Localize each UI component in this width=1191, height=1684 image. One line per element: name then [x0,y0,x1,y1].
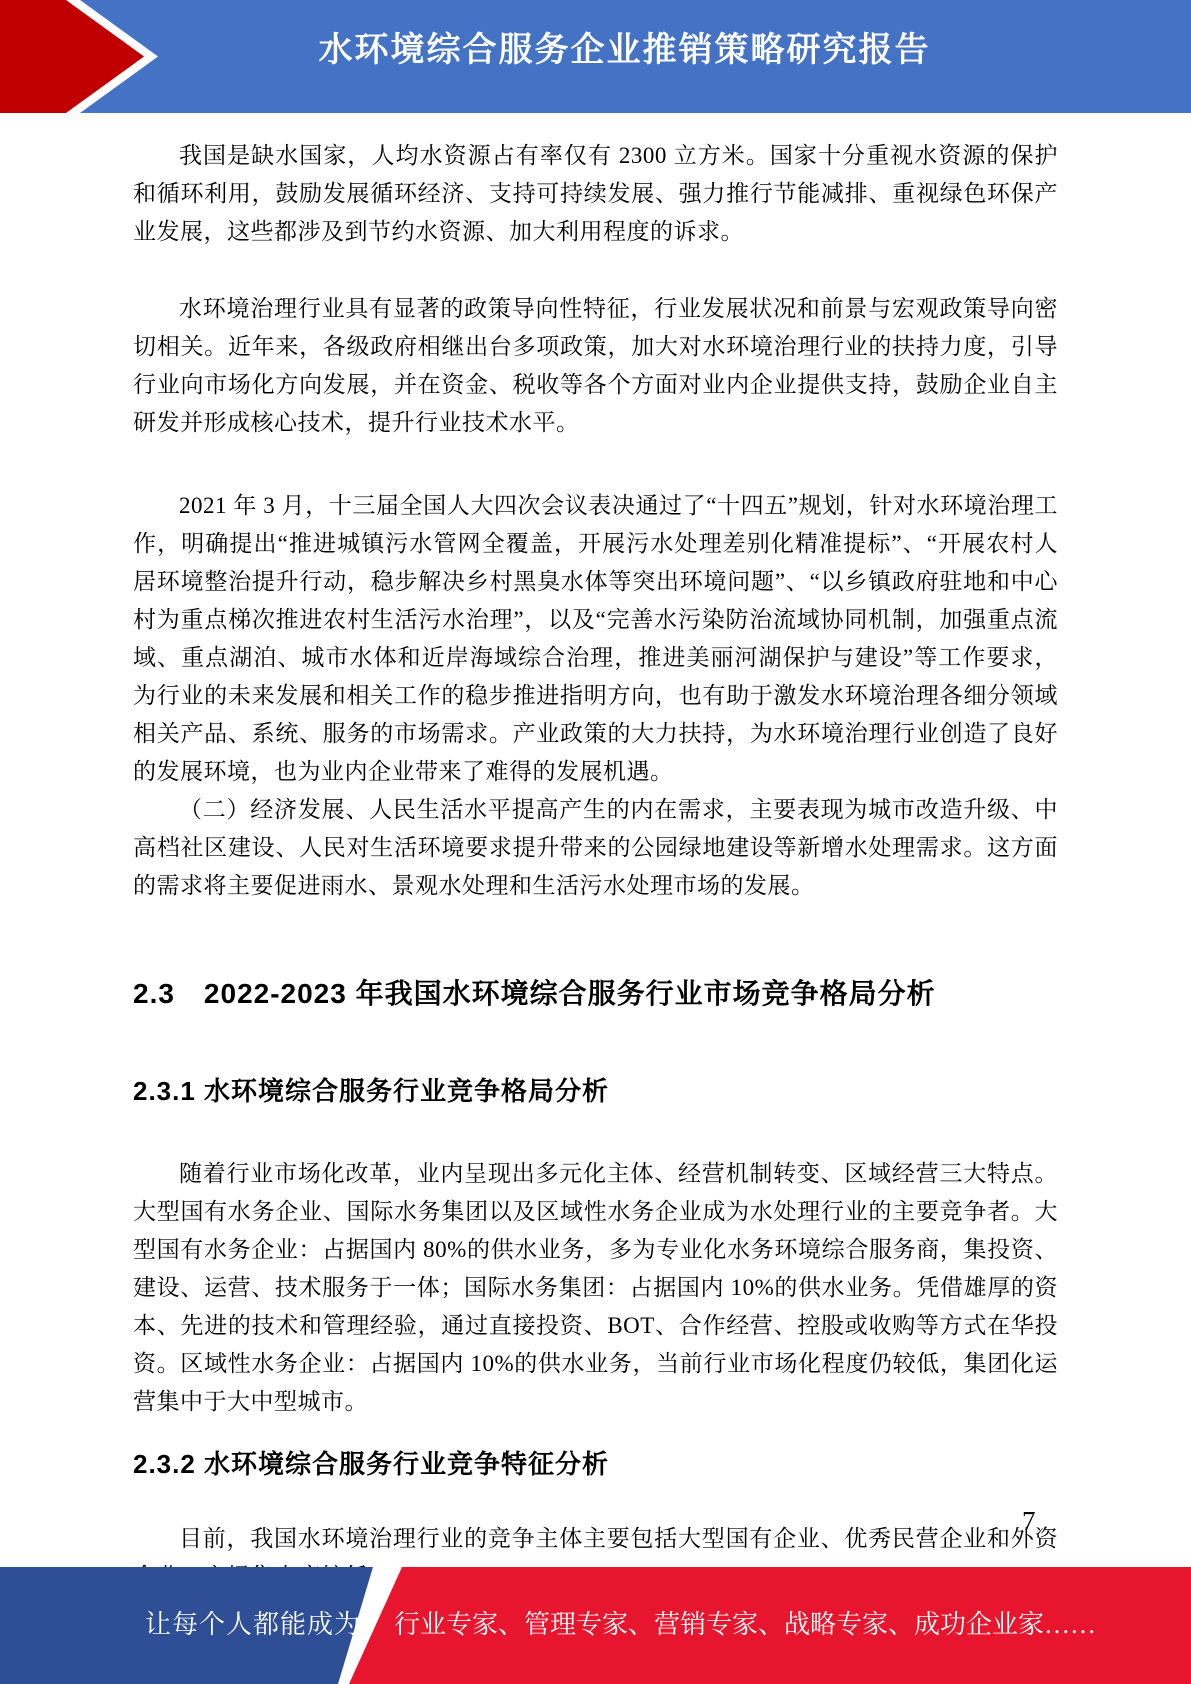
page-body: 我国是缺水国家，人均水资源占有率仅有 2300 立方米。国家十分重视水资源的保护… [133,113,1058,1596]
body-paragraph: （二）经济发展、人民生活水平提高产生的内在需求，主要表现为城市改造升级、中高档社… [133,791,1058,905]
footer-slogan-right: 行业专家、管理专家、营销专家、战略专家、成功企业家…… [394,1610,1096,1640]
section-heading-2-3-1: 2.3.1 水环境综合服务行业竞争格局分析 [133,1071,1058,1111]
report-title: 水环境综合服务企业推销策略研究报告 [0,0,1191,113]
section-heading-2-3-2: 2.3.2 水环境综合服务行业竞争特征分析 [133,1444,1058,1484]
document-page: 水环境综合服务企业推销策略研究报告 我国是缺水国家，人均水资源占有率仅有 230… [0,0,1191,1684]
page-header: 水环境综合服务企业推销策略研究报告 [0,0,1191,113]
section-heading-2-3: 2.3 2022-2023 年我国水环境综合服务行业市场竞争格局分析 [133,973,1058,1015]
footer-slogan-left: 让每个人都能成为 [145,1610,361,1640]
page-number: 7 [1022,1506,1036,1536]
body-paragraph: 2021 年 3 月，十三届全国人大四次会议表决通过了“十四五”规划，针对水环境… [133,487,1058,791]
body-paragraph: 水环境治理行业具有显著的政策导向性特征，行业发展状况和前景与宏观政策导向密切相关… [133,290,1058,442]
body-paragraph: 我国是缺水国家，人均水资源占有率仅有 2300 立方米。国家十分重视水资源的保护… [133,137,1058,251]
body-paragraph: 随着行业市场化改革，业内呈现出多元化主体、经营机制转变、区域经营三大特点。大型国… [133,1155,1058,1421]
page-footer: 让每个人都能成为 行业专家、管理专家、营销专家、战略专家、成功企业家…… [0,1567,1191,1684]
